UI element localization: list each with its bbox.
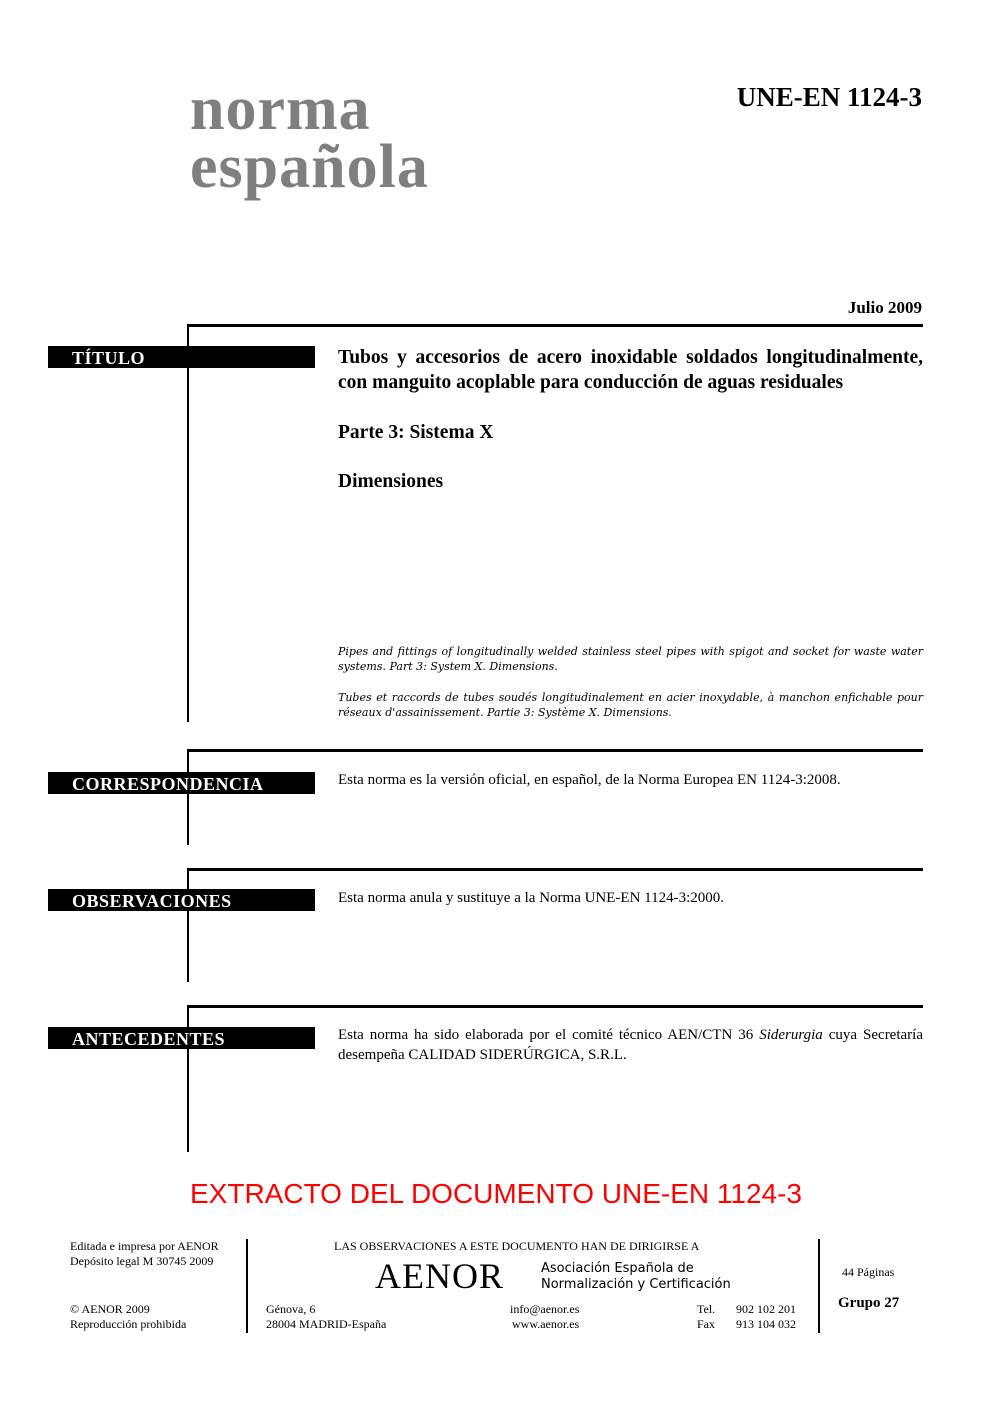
footer-legal-deposit: Depósito legal M 30745 2009 [70, 1254, 213, 1269]
label-correspondencia: CORRESPONDENCIA [48, 772, 315, 794]
publication-date: Julio 2009 [848, 298, 922, 318]
title-dimensions: Dimensiones [338, 469, 923, 494]
title-block: Tubos y accesorios de acero inoxidable s… [338, 345, 923, 494]
footer-fax-label: Fax [697, 1317, 715, 1332]
antecedentes-text: Esta norma ha sido elaborada por el comi… [338, 1025, 923, 1065]
brand-line-1: norma [190, 80, 429, 138]
footer-reproduction: Reproducción prohibida [70, 1317, 186, 1332]
footer-copyright: © AENOR 2009 [70, 1302, 150, 1317]
footer-price-group: Grupo 27 [838, 1295, 899, 1312]
assoc-line-1: Asociación Española de [541, 1261, 731, 1277]
footer-address-city: 28004 MADRID-España [266, 1317, 386, 1332]
footer-address-street: Génova, 6 [266, 1302, 315, 1317]
section-vertical-rule [187, 324, 189, 722]
correspondencia-text: Esta norma es la versión oficial, en esp… [338, 770, 923, 790]
antecedentes-committee-name: Siderurgia [759, 1027, 823, 1043]
title-english: Pipes and fittings of longitudinally wel… [338, 644, 923, 674]
section-vertical-rule [187, 749, 189, 845]
antecedentes-text-start: Esta norma ha sido elaborada por el comi… [338, 1027, 759, 1043]
aenor-logo: AENOR [375, 1255, 504, 1297]
brand-title: norma española [190, 80, 429, 196]
footer-observations-heading: LAS OBSERVACIONES A ESTE DOCUMENTO HAN D… [334, 1239, 699, 1254]
aenor-association-name: Asociación Española de Normalización y C… [541, 1261, 731, 1293]
section-divider [187, 749, 923, 752]
label-titulo: TÍTULO [48, 346, 315, 368]
footer-fax: 913 104 032 [736, 1317, 796, 1332]
observaciones-text: Esta norma anula y sustituye a la Norma … [338, 888, 923, 908]
footer-website[interactable]: www.aenor.es [512, 1317, 579, 1332]
extract-notice: EXTRACTO DEL DOCUMENTO UNE-EN 1124-3 [0, 1178, 992, 1210]
footer-email[interactable]: info@aenor.es [510, 1302, 579, 1317]
label-observaciones: OBSERVACIONES [48, 889, 315, 911]
brand-line-2: española [190, 138, 429, 196]
footer-tel-label: Tel. [697, 1302, 715, 1317]
title-part: Parte 3: Sistema X [338, 420, 923, 445]
standard-code: UNE-EN 1124-3 [737, 82, 922, 113]
footer-divider-left [246, 1239, 248, 1333]
footer-divider-right [818, 1239, 820, 1333]
title-french: Tubes et raccords de tubes soudés longit… [338, 690, 923, 720]
section-divider [187, 1005, 923, 1008]
footer-page-count: 44 Páginas [842, 1265, 894, 1280]
section-divider [187, 868, 923, 871]
assoc-line-2: Normalización y Certificación [541, 1277, 731, 1293]
footer-edited-by: Editada e impresa por AENOR [70, 1239, 219, 1254]
alternate-titles: Pipes and fittings of longitudinally wel… [338, 644, 923, 736]
section-divider [187, 324, 923, 327]
title-main: Tubos y accesorios de acero inoxidable s… [338, 345, 923, 395]
label-antecedentes: ANTECEDENTES [48, 1027, 315, 1049]
footer-tel: 902 102 201 [736, 1302, 796, 1317]
section-vertical-rule [187, 868, 189, 982]
